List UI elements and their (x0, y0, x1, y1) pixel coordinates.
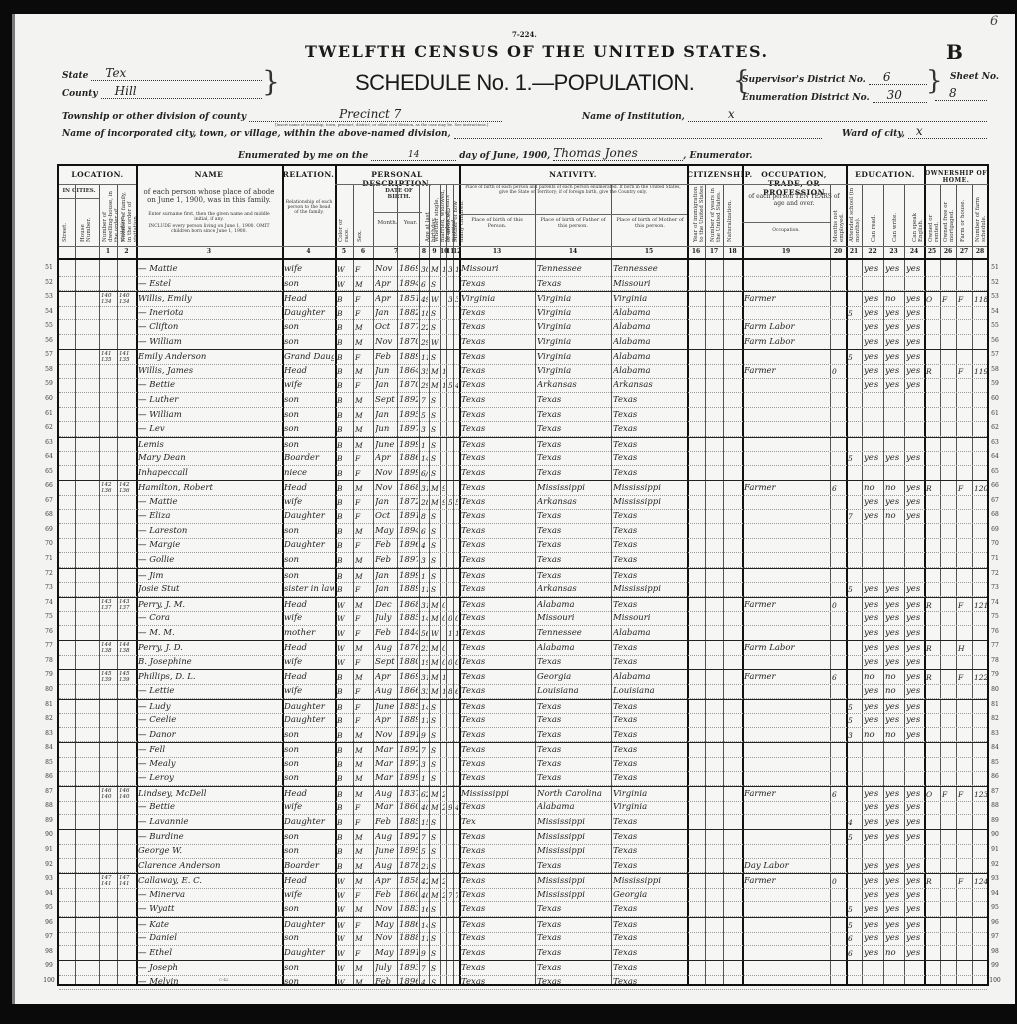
cell-fbp: Texas (537, 947, 610, 960)
line-number-left: 79 (42, 671, 56, 678)
cell-bp: Virginia (461, 293, 534, 306)
cell-mort: F (942, 788, 955, 801)
cell-eng: yes (906, 496, 923, 509)
cell-sex: M (355, 394, 372, 407)
township-value: Precinct 7 (339, 107, 401, 121)
cell-mar: M (431, 889, 439, 902)
cell-year: 1869 (399, 671, 418, 684)
cell-mbp: Virginia (613, 293, 686, 306)
table-row: — MattiewifeBFJan187228M955TexasArkansas… (59, 495, 987, 510)
cell-color: B (337, 525, 352, 538)
column-number: 11 (446, 248, 453, 255)
cell-rel: Grand Daughter (284, 351, 334, 364)
cell-name: Callaway, E. C. (138, 875, 281, 888)
cell-eng: yes (906, 263, 923, 276)
cell-name: — Estel (138, 278, 281, 291)
column-number: 19 (742, 248, 830, 255)
cell-ym: 0 (442, 642, 445, 655)
table-row: — LavannieDaughterBFFeb188515STexMississ… (59, 815, 987, 830)
cell-mar: M (431, 263, 439, 276)
cell-sched: 120 (974, 482, 987, 495)
cell-name: — Bettie (138, 379, 281, 392)
cell-month: Feb (375, 976, 398, 989)
cell-read: yes (864, 816, 882, 829)
cell-mbp: Texas (613, 860, 686, 873)
cell-age: 21 (421, 860, 428, 873)
cell-sex: F (355, 351, 372, 364)
line-number-right: 82 (988, 715, 1002, 722)
cell-color: W (337, 976, 352, 989)
cell-bp: Texas (461, 379, 534, 392)
cell-mo: 8 (448, 685, 452, 698)
line-number-right: 71 (988, 555, 1002, 562)
form-number: 7-224. (512, 30, 537, 39)
cell-age: 5 (421, 845, 428, 858)
cell-fbp: Texas (537, 525, 610, 538)
table-row: 140 134140 134Willis, EmilyHeadBFApr1851… (59, 291, 987, 307)
line-number-right: 74 (988, 599, 1002, 606)
cell-bp: Tex (461, 816, 534, 829)
header-divider (373, 212, 422, 213)
cell-name: — Bettie (138, 801, 281, 814)
line-number-left: 58 (42, 366, 56, 373)
cell-fbp: Texas (537, 278, 610, 291)
cell-sex: M (355, 671, 372, 684)
cell-year: 1892 (399, 394, 418, 407)
line-number-right: 52 (988, 279, 1002, 286)
cell-year: 1882 (399, 307, 418, 320)
line-number-right: 96 (988, 919, 1002, 926)
supervisor-value: 6 (883, 70, 891, 84)
cell-mbp: Alabama (613, 365, 686, 378)
column-number: 14 (535, 248, 611, 255)
cell-sex: M (355, 758, 372, 771)
cell-name: Emily Anderson (138, 351, 281, 364)
cell-mbp: Texas (613, 919, 686, 932)
cell-fbp: Texas (537, 860, 610, 873)
cell-write: yes (885, 932, 903, 945)
cell-age: 11 (421, 351, 428, 364)
cell-mar: M (431, 801, 439, 814)
cell-name: — M. M. (138, 627, 281, 640)
cell-month: Apr (375, 875, 398, 888)
cell-fbp: Texas (537, 452, 610, 465)
line-number-left: 84 (42, 744, 56, 751)
cell-mar: S (431, 321, 439, 334)
cell-year: 1891 (399, 947, 418, 960)
cell-eng: yes (906, 875, 923, 888)
cell-sched: 119 (974, 365, 987, 378)
name-note-1: Enter surname first, then the given name… (141, 212, 277, 222)
header-divider (59, 246, 987, 247)
cell-read: yes (864, 932, 882, 945)
cell-year: 1844 (399, 627, 418, 640)
cell-mbp: Louisiana (613, 685, 686, 698)
header-divider (687, 184, 742, 185)
state-value: Tex (105, 66, 126, 80)
cell-month: Mar (375, 772, 398, 785)
cell-sex: F (355, 452, 372, 465)
column-number: 22 (862, 248, 883, 255)
cell-name: — Lavannie (138, 816, 281, 829)
cell-mbp: Alabama (613, 671, 686, 684)
cell-sex: F (355, 293, 372, 306)
cell-name: — Lettie (138, 685, 281, 698)
cell-year: 1896 (399, 976, 418, 989)
cell-year: 1851 (399, 293, 418, 306)
cell-name: Willis, Emily (138, 293, 281, 306)
cell-eng: yes (906, 599, 923, 612)
cell-year: 1899 (399, 439, 418, 452)
table-row: — DanorsonBMNov18919STexasTexasTexas3non… (59, 728, 987, 743)
cell-farm: F (958, 788, 971, 801)
cell-mo: 0 (448, 656, 452, 669)
cell-bp: Texas (461, 539, 534, 552)
cell-farm: F (958, 599, 971, 612)
cell-write: no (885, 510, 903, 523)
cell-month: July (375, 612, 398, 625)
cell-mar: M (431, 379, 439, 392)
cell-dw: 146 140 (101, 788, 116, 800)
cell-mbp: Tennessee (613, 263, 686, 276)
cell-year: 1888 (399, 932, 418, 945)
cell-age: 7 (421, 831, 428, 844)
cell-bp: Texas (461, 394, 534, 407)
line-number-left: 76 (42, 628, 56, 635)
cell-fbp: Texas (537, 919, 610, 932)
cell-name: — Lareston (138, 525, 281, 538)
cell-rel: Head (284, 599, 334, 612)
cell-eng: yes (906, 379, 923, 392)
cell-age: 5 (421, 409, 428, 422)
cell-bp: Texas (461, 627, 534, 640)
owned-rented-label: Owned or rented. (928, 194, 940, 242)
cell-year: 1892 (399, 744, 418, 757)
name-description: of each person whose place of abode on J… (139, 188, 279, 204)
line-number-left: 56 (42, 337, 56, 344)
cell-eng: yes (906, 860, 923, 873)
relation-description: Relationship of each person to the head … (285, 200, 333, 216)
cell-dw: 143 137 (101, 599, 116, 611)
cell-fbp: Texas (537, 714, 610, 727)
cell-farm: F (958, 875, 971, 888)
column-number: 23 (883, 248, 904, 255)
cell-rel: Head (284, 788, 334, 801)
cell-write: no (885, 671, 903, 684)
cell-occ: Farmer (744, 482, 829, 495)
column-number: 8 (419, 248, 429, 255)
cell-liv: 1 (455, 263, 458, 276)
cell-ym: 9 (442, 496, 445, 509)
cell-sex: M (355, 788, 372, 801)
cell-sex: F (355, 583, 372, 596)
cell-read: yes (864, 656, 882, 669)
cell-mar: Wd (431, 627, 439, 640)
cell-school: 5 (848, 903, 861, 916)
cell-color: B (337, 467, 352, 480)
cell-dw: 147 141 (101, 875, 116, 887)
header-divider (459, 184, 687, 185)
cell-sex: M (355, 439, 372, 452)
line-number-left: 61 (42, 410, 56, 417)
cell-read: yes (864, 947, 882, 960)
cell-age: 3 (421, 554, 428, 567)
schedule-title: SCHEDULE No. 1.—POPULATION. (355, 70, 694, 96)
cell-name: Hamilton, Robert (138, 482, 281, 495)
line-number-left: 51 (42, 264, 56, 271)
line-number-right: 55 (988, 322, 1002, 329)
cell-fam: 147 141 (119, 875, 135, 887)
cell-write: yes (885, 642, 903, 655)
cell-bp: Texas (461, 423, 534, 436)
cell-age: 8 (421, 510, 428, 523)
cell-sex: M (355, 642, 372, 655)
enumerator-label: , Enumerator. (683, 151, 752, 161)
column-number: 20 (830, 248, 846, 255)
cell-mar: S (431, 772, 439, 785)
cell-liv: 4 (455, 379, 458, 392)
cell-year: 1889 (399, 583, 418, 596)
line-number-left: 82 (42, 715, 56, 722)
cell-rel: son (284, 409, 334, 422)
cell-age: 7 (421, 962, 428, 975)
cell-school: 5 (848, 351, 861, 364)
cell-bp: Texas (461, 758, 534, 771)
line-number-right: 93 (988, 875, 1002, 882)
line-number-left: 62 (42, 424, 56, 431)
cell-school: 5 (848, 307, 861, 320)
enumerator-name: Thomas Jones (553, 146, 683, 161)
line-number-left: 91 (42, 846, 56, 853)
cell-read: yes (864, 788, 882, 801)
cell-name: — Fell (138, 744, 281, 757)
cell-rel: son (284, 903, 334, 916)
cell-read: yes (864, 293, 882, 306)
line-number-left: 53 (42, 293, 56, 300)
line-number-right: 90 (988, 831, 1002, 838)
cell-year: 1891 (399, 729, 418, 742)
cell-age: 49 (421, 293, 428, 306)
cell-month: Jan (375, 409, 398, 422)
header-bottom-rule (59, 258, 987, 260)
cell-month: July (375, 962, 398, 975)
free-mortgaged-label: Owned free or mortgaged. (943, 184, 955, 242)
cell-eng: yes (906, 293, 923, 306)
table-row: — MattiewifeWFNov186930M1231MissouriTenn… (59, 262, 987, 277)
table-row: 145 139145 139Phillips, D. L.HeadBMApr18… (59, 669, 987, 685)
header-divider (459, 214, 687, 215)
sheet-no-field: 8 (932, 88, 987, 101)
cell-year: 1893 (399, 962, 418, 975)
cell-eng: yes (906, 919, 923, 932)
line-number-left: 72 (42, 570, 56, 577)
cell-age: 14 (421, 452, 428, 465)
cell-write: yes (885, 788, 903, 801)
cell-month: Jan (375, 307, 398, 320)
cell-month: Oct (375, 510, 398, 523)
cell-age: 18 (421, 307, 428, 320)
cell-write: yes (885, 263, 903, 276)
cell-month: Feb (375, 889, 398, 902)
cell-bp: Texas (461, 307, 534, 320)
cell-rel: Daughter (284, 919, 334, 932)
cell-sex: M (355, 932, 372, 945)
cell-color: W (337, 962, 352, 975)
line-number-right: 85 (988, 759, 1002, 766)
cell-mbp: Texas (613, 452, 686, 465)
naturalization-label: Naturalization. (727, 196, 733, 242)
cell-sex: F (355, 379, 372, 392)
cell-bp: Mississippi (461, 788, 534, 801)
cell-eng: yes (906, 729, 923, 742)
farm-house-label: Farm or house. (960, 196, 966, 242)
cell-eng: yes (906, 642, 923, 655)
table-row: — IneriotaDaughterBFJan188218STexasVirgi… (59, 306, 987, 321)
table-row: 146 140146 140Lindsey, McDellHeadBMAug18… (59, 786, 987, 802)
cell-read: yes (864, 714, 882, 727)
cell-fbp: Mississippi (537, 816, 610, 829)
cell-write: yes (885, 452, 903, 465)
cell-month: May (375, 919, 398, 932)
cell-sex: M (355, 554, 372, 567)
table-row: — EthelDaughterWFMay18919STexasTexasTexa… (59, 946, 987, 961)
column-number: 15 (611, 248, 687, 255)
cell-age: 62 (421, 788, 428, 801)
cell-school: 5 (848, 583, 861, 596)
sex-label: Sex. (357, 226, 363, 242)
cell-rel: Head (284, 671, 334, 684)
cell-eng: yes (906, 831, 923, 844)
cell-read: yes (864, 642, 882, 655)
line-number-right: 99 (988, 962, 1002, 969)
cell-fbp: Tennessee (537, 627, 610, 640)
cell-name: — Ineriota (138, 307, 281, 320)
cell-mar: S (431, 947, 439, 960)
cell-rel: Head (284, 482, 334, 495)
column-number: 18 (723, 248, 742, 255)
cell-sex: F (355, 510, 372, 523)
cell-sched: 118 (974, 293, 987, 306)
cell-mbp: Texas (613, 772, 686, 785)
enumerated-label: Enumerated by me on the (238, 151, 368, 161)
cell-mbp: Virginia (613, 801, 686, 814)
cell-color: W (337, 599, 352, 612)
immigration-year-label: Year of immigration to the United States… (693, 184, 703, 242)
cell-bp: Texas (461, 729, 534, 742)
cell-bp: Texas (461, 831, 534, 844)
cell-school: 6 (848, 932, 861, 945)
cell-rel: wife (284, 263, 334, 276)
cell-sex: F (355, 467, 372, 480)
line-number-left: 52 (42, 279, 56, 286)
column-number: 6 (353, 248, 373, 255)
cell-rel: sister in law (284, 583, 334, 596)
cell-write: yes (885, 321, 903, 334)
cell-eng: yes (906, 903, 923, 916)
cell-age: 42 (421, 875, 428, 888)
cell-mar: S (431, 510, 439, 523)
cell-mar: S (431, 351, 439, 364)
cell-month: Jan (375, 379, 398, 392)
header-divider (335, 184, 459, 185)
cell-fbp: Mississippi (537, 845, 610, 858)
cell-school: 6 (848, 947, 861, 960)
cell-bp: Texas (461, 642, 534, 655)
cell-month: Nov (375, 336, 398, 349)
column-number: 2 (117, 248, 136, 255)
name-note-2: INCLUDE every person living on June 1, 1… (141, 224, 277, 234)
cell-mbp: Texas (613, 599, 686, 612)
line-number-left: 92 (42, 861, 56, 868)
cell-eng: yes (906, 612, 923, 625)
cell-month: Nov (375, 263, 398, 276)
cell-mar: M (431, 788, 439, 801)
column-number: 28 (972, 248, 988, 255)
cell-mo: 5 (448, 496, 452, 509)
line-number-right: 54 (988, 308, 1002, 315)
cell-mo: 7 (448, 889, 452, 902)
line-number-right: 95 (988, 904, 1002, 911)
cell-mar: S (431, 860, 439, 873)
cell-fbp: Texas (537, 539, 610, 552)
line-number-left: 65 (42, 468, 56, 475)
cell-bp: Texas (461, 278, 534, 291)
cell-mar: S (431, 919, 439, 932)
cell-rel: son (284, 831, 334, 844)
cell-fbp: Louisiana (537, 685, 610, 698)
cell-age: 14 (421, 612, 428, 625)
cell-write: yes (885, 365, 903, 378)
cell-mar: S (431, 525, 439, 538)
cell-mbp: Mississippi (613, 482, 686, 495)
cell-fbp: Mississippi (537, 831, 610, 844)
cell-rel: niece (284, 467, 334, 480)
cell-name: Perry, J. M. (138, 599, 281, 612)
cell-month: Feb (375, 627, 398, 640)
cell-fam: 146 140 (119, 788, 135, 800)
cell-mbp: Texas (613, 729, 686, 742)
cell-color: W (337, 919, 352, 932)
cell-age: 9 (421, 947, 428, 960)
line-number-right: 94 (988, 890, 1002, 897)
cell-name: — Ceelie (138, 714, 281, 727)
line-number-right: 81 (988, 701, 1002, 708)
cell-own: R (926, 365, 939, 378)
cell-sex: F (355, 307, 372, 320)
line-number-right: 79 (988, 671, 1002, 678)
cell-mar: S (431, 278, 439, 291)
cell-mbp: Texas (613, 570, 686, 583)
cell-sex: M (355, 525, 372, 538)
cell-name: — Mattie (138, 496, 281, 509)
cell-write: yes (885, 627, 903, 640)
cell-write: yes (885, 599, 903, 612)
cell-occ: Farm Labor (744, 336, 829, 349)
cell-eng: yes (906, 801, 923, 814)
years-in-us-label: Number of years in the United States. (710, 184, 720, 242)
cell-year: 1877 (399, 321, 418, 334)
cell-read: yes (864, 365, 882, 378)
cell-sex: M (355, 903, 372, 916)
cell-mbp: Texas (613, 439, 686, 452)
cell-fbp: Georgia (537, 671, 610, 684)
cell-bp: Texas (461, 467, 534, 480)
cell-mbp: Alabama (613, 321, 686, 334)
cell-year: 1869 (399, 263, 418, 276)
cell-fbp: Tennessee (537, 263, 610, 276)
cell-mbp: Texas (613, 962, 686, 975)
cell-mar: S (431, 903, 439, 916)
